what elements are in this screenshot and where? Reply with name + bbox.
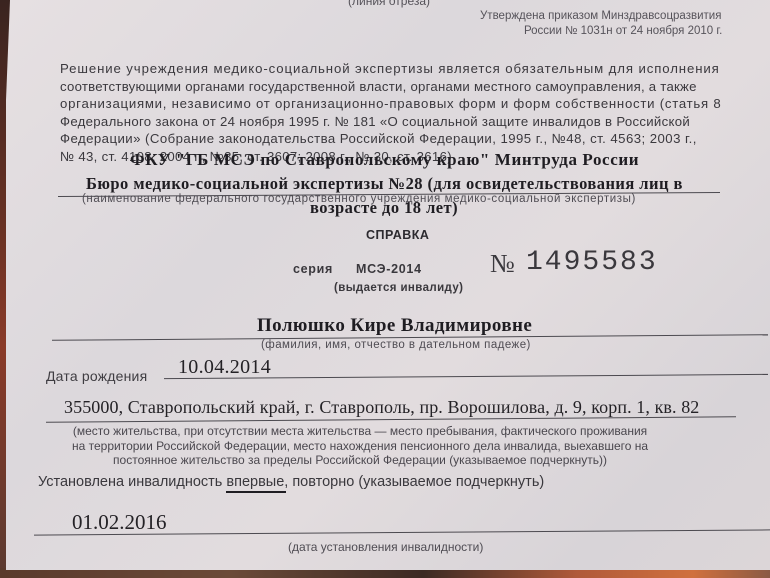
institution-name-line-1: ФКУ "ГБ МСЭ по Ставропольскому краю" Мин… <box>130 150 639 170</box>
address-value: 355000, Ставропольский край, г. Ставропо… <box>64 397 699 418</box>
legal-notice-line: организациями, независимо от организацио… <box>60 95 721 113</box>
option-first-time: впервые, <box>226 474 288 490</box>
person-name: Полюшко Кире Владимировне <box>257 315 532 337</box>
address-caption-line: (место жительства, при отсутствии места … <box>72 424 648 439</box>
disability-established-label: Установлена инвалидность <box>38 474 222 490</box>
issued-to-caption: (выдается инвалиду) <box>334 282 463 294</box>
address-caption: (место жительства, при отсутствии места … <box>72 424 648 468</box>
dob-label: Дата рождения <box>46 368 147 384</box>
legal-notice-line: Решение учреждения медико-социальной экс… <box>60 60 721 78</box>
institution-name-line-2: Бюро медико-социальной экспертизы №28 (д… <box>86 174 683 194</box>
option-repeat: повторно (указываемое подчеркнуть) <box>292 474 544 490</box>
dob-value: 10.04.2014 <box>178 356 271 379</box>
disability-date-caption: (дата установления инвалидности) <box>288 540 483 554</box>
disability-established-row: Установлена инвалидность впервые, повтор… <box>38 474 544 490</box>
cut-line-label: (линия отреза) <box>348 0 430 8</box>
approval-line-1: Утверждена приказом Минздравсоцразвития <box>480 10 721 22</box>
series-value: МСЭ-2014 <box>356 262 422 276</box>
address-caption-line: на территории Российской Федерации, мест… <box>72 439 648 454</box>
person-name-caption: (фамилия, имя, отчество в дательном паде… <box>261 339 531 351</box>
legal-notice-line: соответствующими органами государственно… <box>60 78 721 96</box>
institution-name-line-3: возрасте до 18 лет) <box>310 198 458 218</box>
series-label: серия <box>293 262 333 276</box>
legal-notice-line: Федерального закона от 24 ноября 1995 г.… <box>60 113 721 131</box>
disability-date-value: 01.02.2016 <box>72 510 167 535</box>
certificate-number: 1495583 <box>526 247 658 278</box>
approval-line-2: России № 1031н от 24 ноября 2010 г. <box>524 25 722 37</box>
address-caption-line: постоянное жительство за пределы Российс… <box>72 453 648 468</box>
number-sign: № <box>490 249 515 279</box>
document-title: СПРАВКА <box>366 228 429 242</box>
legal-notice-line: Федерации» (Собрание законодательства Ро… <box>60 130 721 148</box>
disability-certificate: (линия отреза) Утверждена приказом Минзд… <box>6 0 770 570</box>
